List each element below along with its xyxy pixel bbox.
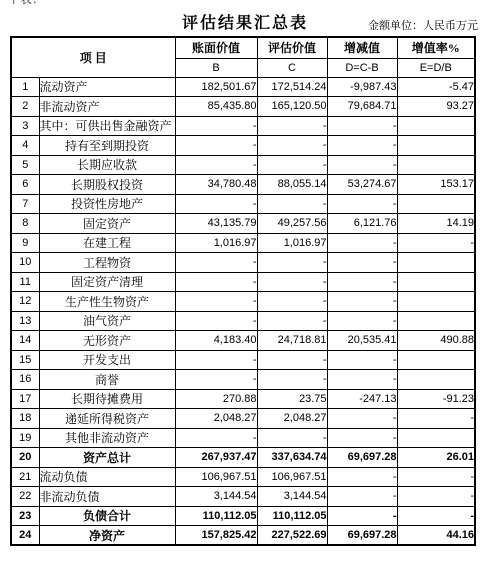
appraised-value-cell: - <box>257 428 327 448</box>
pre-table-text-fragment: 下表： <box>8 0 88 6</box>
rate-cell: 490.88 <box>397 331 475 351</box>
appraised-value-cell: - <box>257 311 327 331</box>
change-cell: - <box>327 311 397 331</box>
item-cell: 长期股权投资 <box>39 175 175 195</box>
table-row: 22非流动负债3,144.543,144.54-- <box>11 487 475 507</box>
item-cell: 递延所得税资产 <box>39 409 175 429</box>
row-number-cell: 17 <box>11 389 39 409</box>
rate-cell: - <box>397 506 475 526</box>
row-number-cell: 7 <box>11 194 39 214</box>
table-row: 18递延所得税资产2,048.272,048.27-- <box>11 409 475 429</box>
table-row: 23负债合计110,112.05110,112.05-- <box>11 506 475 526</box>
rate-cell: - <box>397 409 475 429</box>
book-value-cell: 1,016.97 <box>175 233 257 253</box>
appraised-value-cell: 23.75 <box>257 389 327 409</box>
book-value-cell: 3,144.54 <box>175 487 257 507</box>
row-number-cell: 22 <box>11 487 39 507</box>
table-row: 8固定资产43,135.7949,257.566,121.7614.19 <box>11 214 475 234</box>
item-cell: 固定资产清理 <box>39 272 175 292</box>
table-body: 1流动资产182,501.67172,514.24-9,987.43-5.472… <box>11 77 475 545</box>
table-row: 16商誉--- <box>11 370 475 390</box>
change-cell: - <box>327 272 397 292</box>
rate-cell: 26.01 <box>397 448 475 468</box>
change-cell: - <box>327 370 397 390</box>
appraised-value-cell: - <box>257 194 327 214</box>
change-cell: -247.13 <box>327 389 397 409</box>
col-header-rate: 增值率% <box>397 37 475 58</box>
change-cell: 20,535.41 <box>327 331 397 351</box>
appraised-value-cell: 337,634.74 <box>257 448 327 468</box>
col-code-e: E=D/B <box>397 58 475 77</box>
book-value-cell: 182,501.67 <box>175 77 257 97</box>
book-value-cell: - <box>175 311 257 331</box>
rate-cell <box>397 311 475 331</box>
change-cell: - <box>327 233 397 253</box>
change-cell: - <box>327 253 397 273</box>
book-value-cell: - <box>175 155 257 175</box>
change-cell: 69,697.28 <box>327 448 397 468</box>
appraised-value-cell: 227,522.69 <box>257 526 327 546</box>
book-value-cell: 267,937.47 <box>175 448 257 468</box>
book-value-cell: 157,825.42 <box>175 526 257 546</box>
rate-cell <box>397 350 475 370</box>
rate-cell: -91.23 <box>397 389 475 409</box>
pre-table-text: 下表： <box>8 0 88 6</box>
change-cell: - <box>327 428 397 448</box>
col-header-item: 项 目 <box>11 37 175 77</box>
appraised-value-cell: - <box>257 136 327 156</box>
row-number-cell: 20 <box>11 448 39 468</box>
book-value-cell: 4,183.40 <box>175 331 257 351</box>
rate-cell: - <box>397 233 475 253</box>
change-cell: - <box>327 506 397 526</box>
appraised-value-cell: 110,112.05 <box>257 506 327 526</box>
rate-cell <box>397 292 475 312</box>
appraised-value-cell: - <box>257 350 327 370</box>
change-cell: - <box>327 487 397 507</box>
table-row: 1流动资产182,501.67172,514.24-9,987.43-5.47 <box>11 77 475 97</box>
book-value-cell: 2,048.27 <box>175 409 257 429</box>
rate-cell: - <box>397 467 475 487</box>
col-header-appraised-value: 评估价值 <box>257 37 327 58</box>
appraised-value-cell: 3,144.54 <box>257 487 327 507</box>
row-number-cell: 24 <box>11 526 39 546</box>
book-value-cell: - <box>175 272 257 292</box>
change-cell: - <box>327 292 397 312</box>
appraised-value-cell: 165,120.50 <box>257 97 327 117</box>
col-code-b: B <box>175 58 257 77</box>
row-number-cell: 11 <box>11 272 39 292</box>
col-header-change: 增减值 <box>327 37 397 58</box>
table-row: 19其他非流动资产--- <box>11 428 475 448</box>
appraisal-summary-table: 项 目 账面价值 评估价值 增减值 增值率% B C D=C-B E=D/B 1… <box>10 36 476 546</box>
appraised-value-cell: - <box>257 253 327 273</box>
book-value-cell: - <box>175 350 257 370</box>
row-number-cell: 19 <box>11 428 39 448</box>
book-value-cell: 85,435.80 <box>175 97 257 117</box>
item-cell: 固定资产 <box>39 214 175 234</box>
appraised-value-cell: 88,055.14 <box>257 175 327 195</box>
change-cell: 69,697.28 <box>327 526 397 546</box>
table-header: 项 目 账面价值 评估价值 增减值 增值率% B C D=C-B E=D/B <box>11 37 475 77</box>
rate-cell <box>397 155 475 175</box>
item-cell: 无形资产 <box>39 331 175 351</box>
appraised-value-cell: - <box>257 370 327 390</box>
col-code-d: D=C-B <box>327 58 397 77</box>
row-number-cell: 14 <box>11 331 39 351</box>
appraised-value-cell: 49,257.56 <box>257 214 327 234</box>
item-cell: 资产总计 <box>39 448 175 468</box>
row-number-cell: 5 <box>11 155 39 175</box>
rate-cell <box>397 428 475 448</box>
item-cell: 开发支出 <box>39 350 175 370</box>
item-cell: 长期待摊费用 <box>39 389 175 409</box>
row-number-cell: 16 <box>11 370 39 390</box>
book-value-cell: - <box>175 292 257 312</box>
change-cell: 53,274.67 <box>327 175 397 195</box>
change-cell: - <box>327 350 397 370</box>
rate-cell <box>397 370 475 390</box>
appraised-value-cell: 1,016.97 <box>257 233 327 253</box>
row-number-cell: 3 <box>11 116 39 136</box>
book-value-cell: 43,135.79 <box>175 214 257 234</box>
table-row: 14无形资产4,183.4024,718.8120,535.41490.88 <box>11 331 475 351</box>
row-number-cell: 15 <box>11 350 39 370</box>
item-cell: 工程物资 <box>39 253 175 273</box>
item-cell: 其中：可供出售金融资产 <box>39 116 175 136</box>
appraised-value-cell: 106,967.51 <box>257 467 327 487</box>
row-number-cell: 13 <box>11 311 39 331</box>
item-cell: 流动资产 <box>39 77 175 97</box>
rate-cell: 93.27 <box>397 97 475 117</box>
row-number-cell: 23 <box>11 506 39 526</box>
table-row: 13油气资产--- <box>11 311 475 331</box>
rate-cell <box>397 253 475 273</box>
table-row: 21流动负债106,967.51106,967.51-- <box>11 467 475 487</box>
col-code-c: C <box>257 58 327 77</box>
table-row: 10工程物资--- <box>11 253 475 273</box>
appraised-value-cell: 2,048.27 <box>257 409 327 429</box>
item-cell: 非流动资产 <box>39 97 175 117</box>
book-value-cell: - <box>175 428 257 448</box>
book-value-cell: 270.88 <box>175 389 257 409</box>
book-value-cell: 106,967.51 <box>175 467 257 487</box>
table-row: 20资产总计267,937.47337,634.7469,697.2826.01 <box>11 448 475 468</box>
appraised-value-cell: 24,718.81 <box>257 331 327 351</box>
book-value-cell: - <box>175 253 257 273</box>
row-number-cell: 1 <box>11 77 39 97</box>
item-cell: 流动负债 <box>39 467 175 487</box>
table-row: 9在建工程1,016.971,016.97-- <box>11 233 475 253</box>
rate-cell: -5.47 <box>397 77 475 97</box>
item-cell: 油气资产 <box>39 311 175 331</box>
row-number-cell: 10 <box>11 253 39 273</box>
item-cell: 投资性房地产 <box>39 194 175 214</box>
table-row: 3其中：可供出售金融资产--- <box>11 116 475 136</box>
rate-cell <box>397 116 475 136</box>
change-cell: - <box>327 155 397 175</box>
table-row: 11固定资产清理--- <box>11 272 475 292</box>
change-cell: - <box>327 116 397 136</box>
table-row: 5长期应收款--- <box>11 155 475 175</box>
change-cell: 6,121.76 <box>327 214 397 234</box>
table-row: 4持有至到期投资--- <box>11 136 475 156</box>
change-cell: - <box>327 409 397 429</box>
header-row-names: 项 目 账面价值 评估价值 增减值 增值率% <box>11 37 475 58</box>
appraised-value-cell: - <box>257 272 327 292</box>
appraised-value-cell: - <box>257 292 327 312</box>
change-cell: - <box>327 467 397 487</box>
table-row: 12生产性生物资产--- <box>11 292 475 312</box>
item-cell: 负债合计 <box>39 506 175 526</box>
change-cell: - <box>327 136 397 156</box>
change-cell: - <box>327 194 397 214</box>
row-number-cell: 9 <box>11 233 39 253</box>
table-row: 2非流动资产85,435.80165,120.5079,684.7193.27 <box>11 97 475 117</box>
row-number-cell: 6 <box>11 175 39 195</box>
book-value-cell: - <box>175 116 257 136</box>
rate-cell: 44.16 <box>397 526 475 546</box>
item-cell: 持有至到期投资 <box>39 136 175 156</box>
change-cell: -9,987.43 <box>327 77 397 97</box>
table-row: 6长期股权投资34,780.4888,055.1453,274.67153.17 <box>11 175 475 195</box>
row-number-cell: 18 <box>11 409 39 429</box>
appraised-value-cell: - <box>257 155 327 175</box>
table-row: 17长期待摊费用270.8823.75-247.13-91.23 <box>11 389 475 409</box>
book-value-cell: - <box>175 370 257 390</box>
change-cell: 79,684.71 <box>327 97 397 117</box>
rate-cell <box>397 136 475 156</box>
rate-cell <box>397 194 475 214</box>
appraised-value-cell: - <box>257 116 327 136</box>
item-cell: 商誉 <box>39 370 175 390</box>
unit-label: 金额单位：人民币万元 <box>368 17 478 33</box>
appraised-value-cell: 172,514.24 <box>257 77 327 97</box>
book-value-cell: 34,780.48 <box>175 175 257 195</box>
row-number-cell: 4 <box>11 136 39 156</box>
rate-cell <box>397 272 475 292</box>
book-value-cell: - <box>175 194 257 214</box>
table-row: 15开发支出--- <box>11 350 475 370</box>
row-number-cell: 8 <box>11 214 39 234</box>
item-cell: 在建工程 <box>39 233 175 253</box>
row-number-cell: 21 <box>11 467 39 487</box>
rate-cell: 153.17 <box>397 175 475 195</box>
item-cell: 净资产 <box>39 526 175 546</box>
rate-cell: - <box>397 487 475 507</box>
item-cell: 非流动负债 <box>39 487 175 507</box>
book-value-cell: - <box>175 136 257 156</box>
table-row: 24净资产157,825.42227,522.6969,697.2844.16 <box>11 526 475 546</box>
item-cell: 其他非流动资产 <box>39 428 175 448</box>
item-cell: 长期应收款 <box>39 155 175 175</box>
row-number-cell: 12 <box>11 292 39 312</box>
item-cell: 生产性生物资产 <box>39 292 175 312</box>
rate-cell: 14.19 <box>397 214 475 234</box>
col-header-book-value: 账面价值 <box>175 37 257 58</box>
row-number-cell: 2 <box>11 97 39 117</box>
book-value-cell: 110,112.05 <box>175 506 257 526</box>
table-row: 7投资性房地产--- <box>11 194 475 214</box>
